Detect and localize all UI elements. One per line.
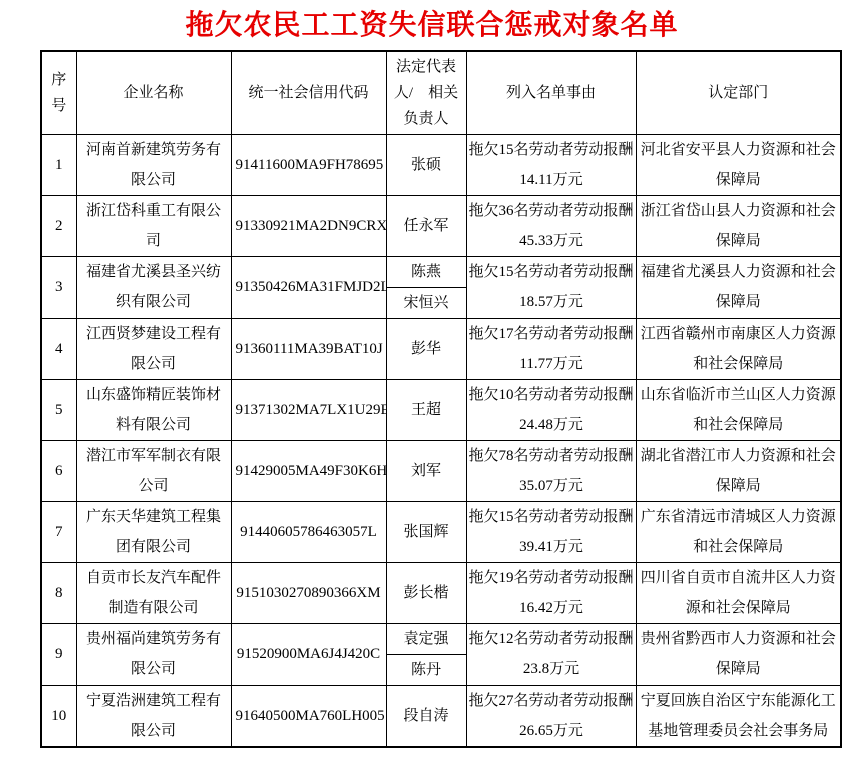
reason-amount: 16.42万元 [468,593,635,623]
cell-company-name: 山东盛饰精匠装饰材料有限公司 [76,379,231,440]
reason-description: 拖欠17名劳动者劳动报酬 [468,319,635,349]
cell-legal-rep: 彭长楷 [386,562,466,623]
column-header-legal-rep: 法定代表 人/ 相关 负责人 [386,51,466,134]
table-row: 4江西贤梦建设工程有限公司91360111MA39BAT10J彭华拖欠17名劳动… [41,318,841,379]
cell-serial-no: 5 [41,379,76,440]
cell-company-name: 福建省尤溪县圣兴纺织有限公司 [76,256,231,318]
header-row: 序号 企业名称 统一社会信用代码 法定代表 人/ 相关 负责人 列入名单事由 认… [41,51,841,134]
reason-amount: 11.77万元 [468,349,635,379]
cell-credit-code: 91429005MA49F30K6H [231,440,386,501]
table-row: 1河南首新建筑劳务有限公司91411600MA9FH78695张硕拖欠15名劳动… [41,134,841,195]
legal-rep-name: 宋恒兴 [387,288,466,318]
reason-amount: 23.8万元 [468,654,635,684]
cell-serial-no: 3 [41,256,76,318]
column-header-reason: 列入名单事由 [466,51,636,134]
reason-amount: 45.33万元 [468,226,635,256]
cell-company-name: 江西贤梦建设工程有限公司 [76,318,231,379]
cell-reason: 拖欠15名劳动者劳动报酬39.41万元 [466,501,636,562]
cell-authority: 浙江省岱山县人力资源和社会保障局 [636,195,841,256]
cell-reason: 拖欠15名劳动者劳动报酬14.11万元 [466,134,636,195]
cell-legal-rep: 袁定强陈丹 [386,623,466,685]
cell-reason: 拖欠10名劳动者劳动报酬24.48万元 [466,379,636,440]
cell-serial-no: 1 [41,134,76,195]
cell-reason: 拖欠17名劳动者劳动报酬11.77万元 [466,318,636,379]
cell-company-name: 潜江市军军制衣有限公司 [76,440,231,501]
cell-legal-rep: 任永军 [386,195,466,256]
cell-serial-no: 9 [41,623,76,685]
cell-reason: 拖欠36名劳动者劳动报酬45.33万元 [466,195,636,256]
cell-credit-code: 91640500MA760LH005 [231,685,386,747]
table-row: 3福建省尤溪县圣兴纺织有限公司91350426MA31FMJD2L陈燕宋恒兴拖欠… [41,256,841,318]
reason-amount: 14.11万元 [468,165,635,195]
cell-legal-rep: 王超 [386,379,466,440]
cell-authority: 贵州省黔西市人力资源和社会保障局 [636,623,841,685]
cell-legal-rep: 陈燕宋恒兴 [386,256,466,318]
table-body: 1河南首新建筑劳务有限公司91411600MA9FH78695张硕拖欠15名劳动… [41,134,841,747]
reason-description: 拖欠15名劳动者劳动报酬 [468,135,635,165]
cell-legal-rep: 彭华 [386,318,466,379]
cell-authority: 四川省自贡市自流井区人力资源和社会保障局 [636,562,841,623]
reason-description: 拖欠15名劳动者劳动报酬 [468,502,635,532]
reason-description: 拖欠15名劳动者劳动报酬 [468,257,635,287]
cell-authority: 湖北省潜江市人力资源和社会保障局 [636,440,841,501]
reason-description: 拖欠78名劳动者劳动报酬 [468,441,635,471]
cell-credit-code: 91520900MA6J4J420C [231,623,386,685]
cell-legal-rep: 刘军 [386,440,466,501]
legal-rep-name: 陈丹 [387,655,466,685]
page-title: 拖欠农民工工资失信联合惩戒对象名单 [0,9,864,42]
cell-credit-code: 9151030270890366XM [231,562,386,623]
cell-serial-no: 2 [41,195,76,256]
cell-credit-code: 91411600MA9FH78695 [231,134,386,195]
cell-authority: 江西省赣州市南康区人力资源和社会保障局 [636,318,841,379]
column-header-company: 企业名称 [76,51,231,134]
blacklist-table: 序号 企业名称 统一社会信用代码 法定代表 人/ 相关 负责人 列入名单事由 认… [40,50,842,748]
reason-description: 拖欠12名劳动者劳动报酬 [468,624,635,654]
cell-authority: 宁夏回族自治区宁东能源化工基地管理委员会社会事务局 [636,685,841,747]
cell-reason: 拖欠12名劳动者劳动报酬23.8万元 [466,623,636,685]
cell-company-name: 宁夏浩洲建筑工程有限公司 [76,685,231,747]
reason-description: 拖欠19名劳动者劳动报酬 [468,563,635,593]
cell-company-name: 广东天华建筑工程集团有限公司 [76,501,231,562]
cell-serial-no: 4 [41,318,76,379]
cell-credit-code: 91350426MA31FMJD2L [231,256,386,318]
cell-reason: 拖欠19名劳动者劳动报酬16.42万元 [466,562,636,623]
table-row: 7广东天华建筑工程集团有限公司91440605786463057L张国辉拖欠15… [41,501,841,562]
cell-company-name: 河南首新建筑劳务有限公司 [76,134,231,195]
cell-serial-no: 7 [41,501,76,562]
column-header-credit-code: 统一社会信用代码 [231,51,386,134]
reason-description: 拖欠10名劳动者劳动报酬 [468,380,635,410]
table-header: 序号 企业名称 统一社会信用代码 法定代表 人/ 相关 负责人 列入名单事由 认… [41,51,841,134]
reason-amount: 26.65万元 [468,716,635,746]
legal-rep-name: 陈燕 [387,257,466,288]
cell-legal-rep: 张硕 [386,134,466,195]
reason-amount: 35.07万元 [468,471,635,501]
cell-legal-rep: 张国辉 [386,501,466,562]
column-header-authority: 认定部门 [636,51,841,134]
cell-company-name: 浙江岱科重工有限公司 [76,195,231,256]
cell-credit-code: 91330921MA2DN9CRX4 [231,195,386,256]
cell-reason: 拖欠15名劳动者劳动报酬18.57万元 [466,256,636,318]
cell-company-name: 自贡市长友汽车配件制造有限公司 [76,562,231,623]
cell-reason: 拖欠78名劳动者劳动报酬35.07万元 [466,440,636,501]
cell-serial-no: 6 [41,440,76,501]
table-row: 9贵州福尚建筑劳务有限公司91520900MA6J4J420C袁定强陈丹拖欠12… [41,623,841,685]
table-row: 10宁夏浩洲建筑工程有限公司91640500MA760LH005段自涛拖欠27名… [41,685,841,747]
table-row: 8自贡市长友汽车配件制造有限公司9151030270890366XM彭长楷拖欠1… [41,562,841,623]
cell-serial-no: 10 [41,685,76,747]
cell-authority: 山东省临沂市兰山区人力资源和社会保障局 [636,379,841,440]
cell-company-name: 贵州福尚建筑劳务有限公司 [76,623,231,685]
cell-authority: 福建省尤溪县人力资源和社会保障局 [636,256,841,318]
table-row: 2浙江岱科重工有限公司91330921MA2DN9CRX4任永军拖欠36名劳动者… [41,195,841,256]
cell-credit-code: 91440605786463057L [231,501,386,562]
table-row: 6潜江市军军制衣有限公司91429005MA49F30K6H刘军拖欠78名劳动者… [41,440,841,501]
legal-rep-name: 袁定强 [387,624,466,655]
cell-reason: 拖欠27名劳动者劳动报酬26.65万元 [466,685,636,747]
reason-amount: 18.57万元 [468,287,635,317]
cell-credit-code: 91360111MA39BAT10J [231,318,386,379]
cell-authority: 广东省清远市清城区人力资源和社会保障局 [636,501,841,562]
reason-description: 拖欠27名劳动者劳动报酬 [468,686,635,716]
column-header-serial-no: 序号 [41,51,76,134]
reason-amount: 39.41万元 [468,532,635,562]
cell-authority: 河北省安平县人力资源和社会保障局 [636,134,841,195]
reason-amount: 24.48万元 [468,410,635,440]
cell-credit-code: 91371302MA7LX1U29E [231,379,386,440]
reason-description: 拖欠36名劳动者劳动报酬 [468,196,635,226]
cell-serial-no: 8 [41,562,76,623]
cell-legal-rep: 段自涛 [386,685,466,747]
table-row: 5山东盛饰精匠装饰材料有限公司91371302MA7LX1U29E王超拖欠10名… [41,379,841,440]
